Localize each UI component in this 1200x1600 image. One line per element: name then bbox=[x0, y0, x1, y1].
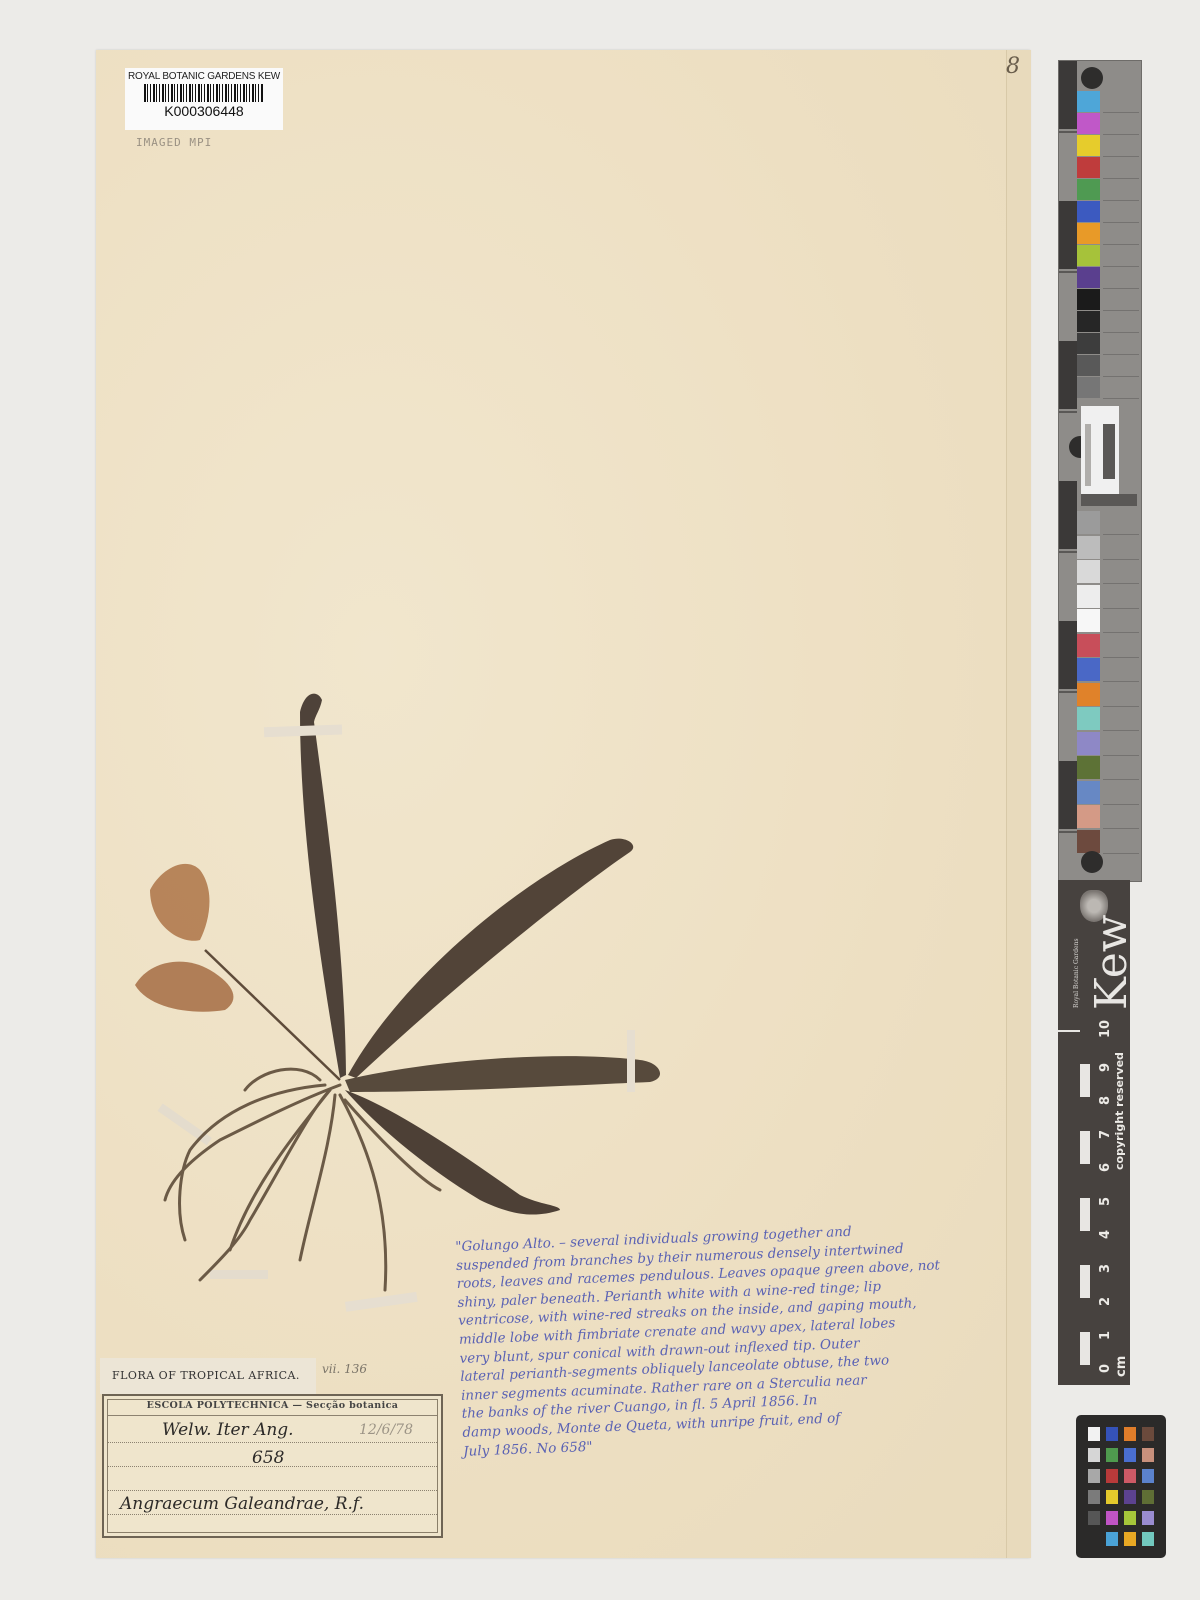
checker-chip bbox=[1088, 1427, 1100, 1441]
density-values bbox=[1103, 609, 1139, 633]
cm-label: 9 bbox=[1098, 1062, 1113, 1071]
resolution-target-icon bbox=[1081, 406, 1119, 494]
color-swatch bbox=[1077, 223, 1100, 244]
checker-chip bbox=[1142, 1469, 1154, 1483]
density-values bbox=[1103, 333, 1139, 355]
registration-dot-icon bbox=[1081, 851, 1103, 873]
cm-segment bbox=[1058, 1097, 1080, 1133]
kew-logo-subtitle: Royal Botanic Gardens bbox=[1073, 938, 1080, 1008]
cm-label: 4 bbox=[1098, 1230, 1113, 1239]
checker-chip bbox=[1088, 1511, 1100, 1525]
cm-label: 0 bbox=[1098, 1364, 1113, 1373]
cm-label: 1 bbox=[1098, 1330, 1113, 1339]
color-swatch bbox=[1077, 201, 1100, 222]
color-swatch bbox=[1077, 179, 1100, 200]
density-values bbox=[1103, 658, 1139, 682]
pencil-date: 12/6/78 bbox=[359, 1422, 413, 1438]
cm-label: 3 bbox=[1098, 1263, 1113, 1272]
checker-chip bbox=[1088, 1532, 1100, 1546]
collector-name: Welw. Iter Ang. bbox=[162, 1420, 294, 1440]
handwritten-field-notes: "Golungo Alto. – several individuals gro… bbox=[455, 1216, 1028, 1461]
density-values bbox=[1103, 223, 1139, 245]
checker-chip bbox=[1106, 1448, 1118, 1462]
kew-logo: Kew bbox=[1086, 915, 1137, 1010]
cm-segment bbox=[1058, 1265, 1080, 1301]
checker-chip bbox=[1124, 1469, 1136, 1483]
cm-label: 6 bbox=[1098, 1163, 1113, 1172]
cm-segment-white bbox=[1080, 1131, 1090, 1165]
checker-chip bbox=[1124, 1448, 1136, 1462]
cm-segment bbox=[1058, 1298, 1080, 1334]
collection-label: ESCOLA POLYTECHNICA — Secção botanica We… bbox=[102, 1394, 443, 1538]
color-swatch bbox=[1077, 658, 1100, 681]
color-swatch bbox=[1077, 585, 1100, 608]
collection-number: 658 bbox=[252, 1448, 284, 1468]
density-values bbox=[1103, 267, 1139, 289]
color-swatch bbox=[1077, 732, 1100, 755]
color-swatch bbox=[1077, 756, 1100, 779]
cm-segment-white bbox=[1080, 1064, 1090, 1098]
density-values bbox=[1103, 91, 1139, 113]
color-calibration-strip bbox=[1058, 60, 1142, 882]
cm-segment-white bbox=[1080, 1198, 1090, 1232]
flora-tropical-africa-label: FLORA OF TROPICAL AFRICA. bbox=[100, 1358, 316, 1394]
registration-dot-icon bbox=[1081, 67, 1103, 89]
checker-chip bbox=[1106, 1469, 1118, 1483]
density-values bbox=[1103, 245, 1139, 267]
color-swatch bbox=[1077, 157, 1100, 178]
color-swatch bbox=[1077, 311, 1100, 332]
density-values bbox=[1103, 377, 1139, 399]
color-swatch bbox=[1077, 560, 1100, 583]
color-swatch bbox=[1077, 91, 1100, 112]
volume-reference: vii. 136 bbox=[322, 1362, 367, 1376]
checker-chip bbox=[1142, 1490, 1154, 1504]
ruler-ticks bbox=[1059, 61, 1077, 881]
cm-segment bbox=[1058, 1332, 1080, 1368]
color-swatch bbox=[1077, 245, 1100, 266]
cm-segment bbox=[1058, 1198, 1080, 1234]
checker-chip bbox=[1124, 1427, 1136, 1441]
taxon-name: Angraecum Galeandrae, R.f. bbox=[120, 1494, 364, 1514]
color-swatch bbox=[1077, 267, 1100, 288]
cm-label: 2 bbox=[1098, 1297, 1113, 1306]
color-swatch bbox=[1077, 781, 1100, 804]
cm-segment-white bbox=[1080, 1332, 1090, 1366]
density-values bbox=[1103, 585, 1139, 609]
cm-segment-white bbox=[1080, 1265, 1090, 1299]
cm-label: 10 bbox=[1098, 1020, 1113, 1038]
color-swatch bbox=[1077, 355, 1100, 376]
density-values bbox=[1103, 707, 1139, 731]
cm-segment bbox=[1058, 1164, 1080, 1200]
copyright-notice: copyright reserved bbox=[1113, 1052, 1126, 1170]
cm-label: 5 bbox=[1098, 1196, 1113, 1205]
density-values bbox=[1103, 289, 1139, 311]
label-rule bbox=[108, 1442, 437, 1443]
density-values bbox=[1103, 536, 1139, 560]
color-swatch bbox=[1077, 634, 1100, 657]
color-swatch bbox=[1077, 377, 1100, 398]
flora-label-text: FLORA OF TROPICAL AFRICA. bbox=[112, 1369, 300, 1382]
color-swatch bbox=[1077, 113, 1100, 134]
color-swatch bbox=[1077, 333, 1100, 354]
checker-chip bbox=[1142, 1427, 1154, 1441]
color-swatch bbox=[1077, 707, 1100, 730]
density-values bbox=[1103, 634, 1139, 658]
checker-chip bbox=[1106, 1490, 1118, 1504]
cm-segment bbox=[1058, 1131, 1080, 1167]
cm-label: 8 bbox=[1098, 1096, 1113, 1105]
density-values bbox=[1103, 805, 1139, 829]
density-values bbox=[1103, 113, 1139, 135]
checker-chip bbox=[1088, 1469, 1100, 1483]
label-header: ESCOLA POLYTECHNICA — Secção botanica bbox=[104, 1400, 441, 1411]
cm-segment bbox=[1058, 1231, 1080, 1267]
cm-segment bbox=[1058, 1030, 1080, 1066]
checker-chip bbox=[1088, 1448, 1100, 1462]
density-values bbox=[1103, 179, 1139, 201]
density-values bbox=[1103, 830, 1139, 854]
color-swatch bbox=[1077, 289, 1100, 310]
checker-chip bbox=[1124, 1532, 1136, 1546]
checker-chip bbox=[1088, 1490, 1100, 1504]
color-swatch bbox=[1077, 135, 1100, 156]
color-swatch bbox=[1077, 536, 1100, 559]
density-values bbox=[1103, 157, 1139, 179]
density-values bbox=[1103, 756, 1139, 780]
density-values bbox=[1103, 135, 1139, 157]
color-swatch bbox=[1077, 511, 1100, 534]
density-values bbox=[1103, 355, 1139, 377]
checker-chip bbox=[1106, 1532, 1118, 1546]
label-rule bbox=[108, 1514, 437, 1515]
density-values bbox=[1103, 781, 1139, 805]
density-values bbox=[1103, 201, 1139, 223]
density-values bbox=[1103, 683, 1139, 707]
density-values bbox=[1103, 732, 1139, 756]
checker-chip bbox=[1142, 1448, 1154, 1462]
cm-label: 7 bbox=[1098, 1129, 1113, 1138]
label-rule bbox=[108, 1415, 437, 1416]
checker-chip bbox=[1142, 1511, 1154, 1525]
label-rule bbox=[108, 1490, 437, 1491]
cm-unit-label: cm bbox=[1114, 1356, 1129, 1377]
color-swatch bbox=[1077, 805, 1100, 828]
color-swatch bbox=[1077, 830, 1100, 853]
cm-segment bbox=[1058, 1064, 1080, 1100]
color-swatch bbox=[1077, 683, 1100, 706]
color-swatch bbox=[1077, 609, 1100, 632]
checker-chip bbox=[1124, 1511, 1136, 1525]
checker-chip bbox=[1106, 1511, 1118, 1525]
checker-chip bbox=[1124, 1490, 1136, 1504]
checker-chip bbox=[1106, 1427, 1118, 1441]
gray-bar bbox=[1081, 494, 1137, 506]
density-values bbox=[1103, 311, 1139, 333]
density-values bbox=[1103, 511, 1139, 535]
color-checker-card bbox=[1076, 1415, 1166, 1558]
density-values bbox=[1103, 560, 1139, 584]
checker-chip bbox=[1142, 1532, 1154, 1546]
